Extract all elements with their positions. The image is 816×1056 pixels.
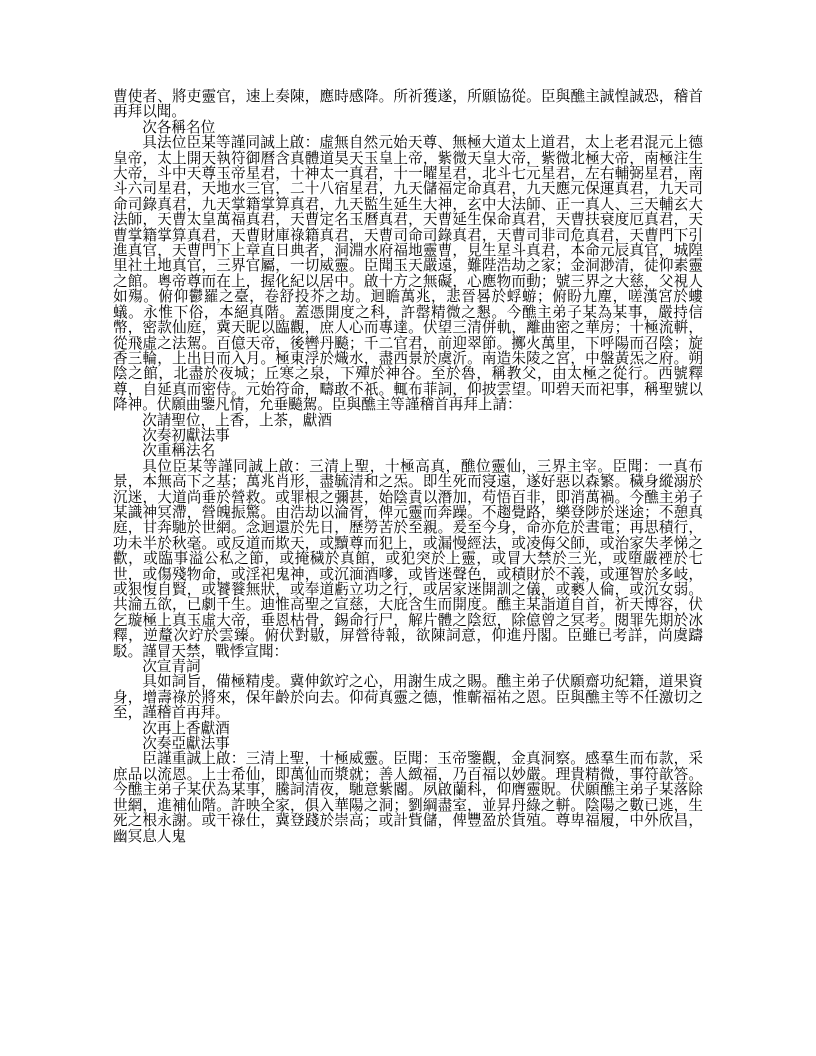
paragraph: 具位臣某等謹同誠上啟：三清上聖，十極高真，醮位靈仙，三界主宰。臣聞：一真布景，本… bbox=[113, 459, 703, 659]
paragraph: 具法位臣某等謹同誠上啟：虛無自然元始天尊、無極大道太上道君，太上老君混元上德皇帝… bbox=[113, 135, 703, 412]
section-heading: 次重稱法名 bbox=[113, 443, 703, 458]
paragraph: 具如詞旨，備極精虔。冀伸欽竚之心，用謝生成之賜。醮主弟子伏願齋功紀籍，道果資身，… bbox=[113, 674, 703, 720]
document-text-body: 曹使者、將吏靈官，速上奏陳，應時感降。所祈獲遂，所願協從。臣與醮主誠惶誠恐，稽首… bbox=[113, 89, 703, 844]
document-page: 曹使者、將吏靈官，速上奏陳，應時感降。所祈獲遂，所願協從。臣與醮主誠惶誠恐，稽首… bbox=[0, 0, 816, 1056]
section-heading: 次各稱名位 bbox=[113, 120, 703, 135]
section-heading: 次再上香獻酒 bbox=[113, 721, 703, 736]
paragraph: 臣謹重誠上啟：三清上聖，十極威靈。臣聞：玉帝鑒觀，金真洞察。感羣生而布款，采庶品… bbox=[113, 751, 703, 843]
paragraph: 曹使者、將吏靈官，速上奏陳，應時感降。所祈獲遂，所願協從。臣與醮主誠惶誠恐，稽首… bbox=[113, 89, 703, 120]
section-heading: 次奏初獻法事 bbox=[113, 428, 703, 443]
section-heading: 次請聖位，上香，上茶，獻酒 bbox=[113, 413, 703, 428]
